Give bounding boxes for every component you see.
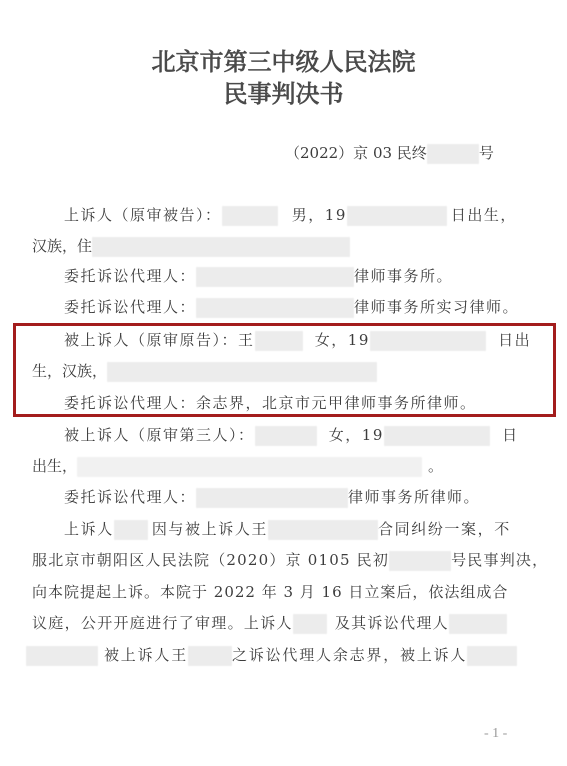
body-line-3: 向本院提起上诉。本院于 2022 年 3 月 16 日立案后，依法组成合 [32,582,508,602]
agent-label: 委托诉讼代理人： [64,267,196,285]
third-party-line-2: 出生，。 [32,456,443,476]
appellant-agent-1: 委托诉讼代理人：律师事务所。 [64,266,453,286]
agent-label: 委托诉讼代理人： [64,298,196,316]
redacted-block [107,362,377,382]
redacted-block [188,646,232,666]
appellee-gender: 女，19 [315,331,370,349]
redacted-block [389,551,451,571]
document-type-title: 民事判决书 [0,74,567,109]
redacted-block [347,206,447,226]
third-party-label: 被上诉人（原审第三人）： [64,426,255,444]
redacted-block [255,426,317,446]
appellee-plaintiff-agent: 委托诉讼代理人：余志界，北京市元甲律师事务所律师。 [64,393,477,413]
redacted-block [114,520,148,540]
appellee-label: 被上诉人（原审原告）：王 [64,331,255,349]
redacted-block [77,457,422,477]
body-text: 因与被上诉人王 [152,520,268,538]
body-text: 向本院提起上诉。本院于 2022 年 3 月 16 日立案后，依法组成合 [32,583,508,601]
third-party-end: 。 [428,457,443,475]
page-number: - 1 - [484,726,507,742]
agent-label: 委托诉讼代理人： [64,488,196,506]
appellant-label: 上诉人（原审被告）： [64,206,222,224]
appellant-birth: 日出生， [451,206,517,224]
redacted-block [26,646,98,666]
agent-firm: 律师事务所律师。 [348,488,480,506]
redacted-block [268,520,378,540]
case-number-suffix: 号 [479,144,494,162]
appellant-line-1: 上诉人（原审被告）： 男，19日出生， [64,205,517,225]
redacted-block [196,488,348,508]
redacted-block [370,331,486,351]
redacted-block [449,614,507,634]
redacted-block [92,237,350,257]
redacted-block [222,206,278,226]
appellee-plaintiff-line-1: 被上诉人（原审原告）：王 女，19 日出 [64,330,531,350]
body-text: 服北京市朝阳区人民法院（2020）京 0105 民初 [32,551,389,569]
appellee-birth: 日出 [498,331,531,349]
body-text: 合同纠纷一案，不 [378,520,511,538]
body-line-1: 上诉人因与被上诉人王合同纠纷一案，不 [64,519,511,539]
case-number-prefix: （2022）京 03 民终 [285,144,427,162]
redacted-block [255,331,303,351]
body-text: 及其诉讼代理人 [335,614,449,632]
body-text: 之诉讼代理人余志界，被上诉人 [232,646,467,664]
appellee-plaintiff-line-2: 生，汉族， [32,361,377,381]
appellee-ethnicity: 生，汉族， [32,362,107,380]
body-text: 号民事判决， [451,551,548,569]
appellant-gender: 男，19 [292,206,347,224]
appellant-line-2: 汉族，住 [32,236,350,256]
agent-firm: 律师事务所实习律师。 [354,298,519,316]
third-party-birth: 日 [502,426,519,444]
redacted-block [467,646,517,666]
body-line-5: 被上诉人王之诉讼代理人余志界，被上诉人 [26,645,517,665]
appellant-ethnicity: 汉族，住 [32,237,92,255]
redacted-block [384,426,490,446]
body-text: 议庭，公开开庭进行了审理。上诉人 [32,614,293,632]
body-text: 上诉人 [64,520,114,538]
agent-firm: 律师事务所。 [354,267,453,285]
court-title: 北京市第三中级人民法院 [0,42,567,77]
third-party-born: 出生， [32,457,77,475]
redacted-block [196,267,354,287]
redacted-block [293,614,327,634]
case-number: （2022）京 03 民终号 [285,143,494,163]
body-line-4: 议庭，公开开庭进行了审理。上诉人及其诉讼代理人 [32,613,507,633]
third-party-line-1: 被上诉人（原审第三人）： 女，19 日 [64,425,519,445]
agent-text: 委托诉讼代理人：余志界，北京市元甲律师事务所律师。 [64,394,477,412]
third-party-agent: 委托诉讼代理人：律师事务所律师。 [64,487,480,507]
redacted-block [196,298,354,318]
body-line-2: 服北京市朝阳区人民法院（2020）京 0105 民初号民事判决， [32,550,548,570]
appellant-agent-2: 委托诉讼代理人：律师事务所实习律师。 [64,297,519,317]
body-text: 被上诉人王 [104,646,188,664]
redacted-block [427,144,479,164]
third-party-gender: 女，19 [329,426,384,444]
